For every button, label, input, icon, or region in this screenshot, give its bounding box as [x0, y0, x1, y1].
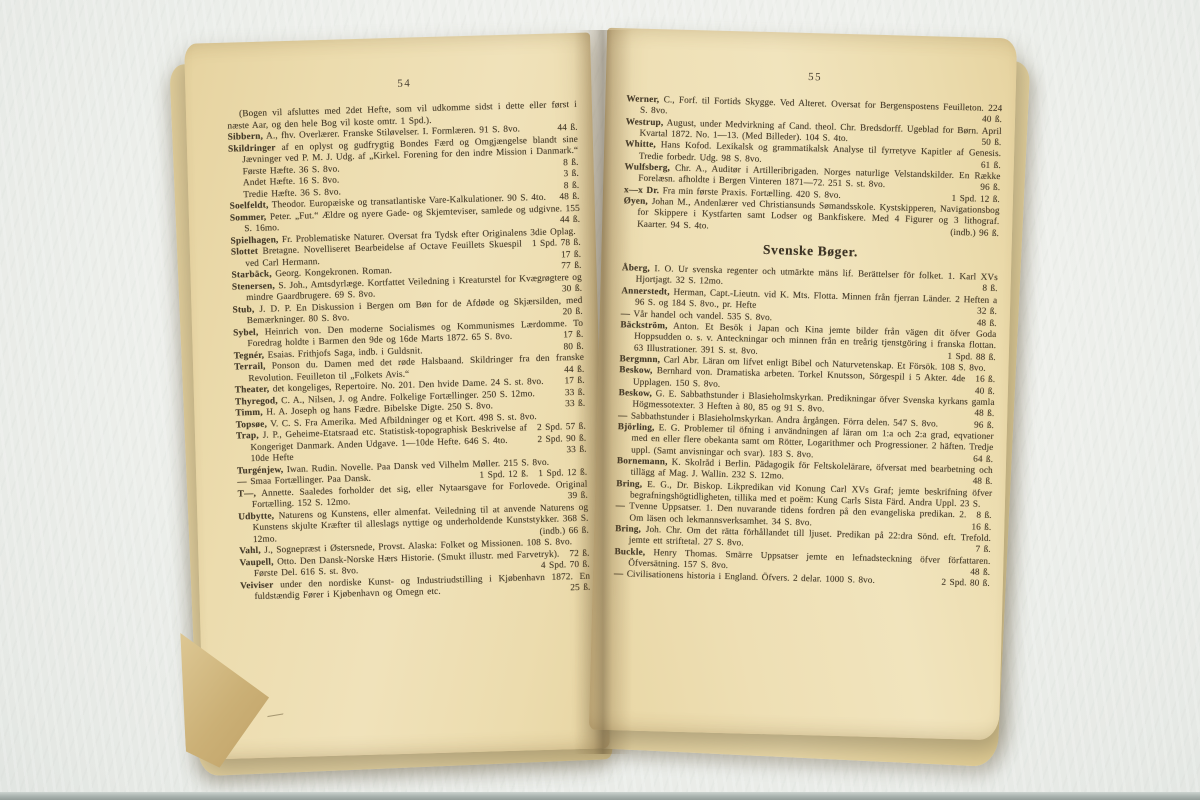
entry-lead-word: Sibbern, [228, 132, 264, 143]
entry-lead-word: Øyen, [624, 195, 648, 206]
entry-lead-word: Sommer, [230, 212, 267, 223]
entry-price: 44 ß. [557, 123, 577, 135]
entry-lead-word: Annerstedt, [621, 285, 670, 296]
entry-price: 72 ß. [569, 548, 589, 560]
entry-lead-word: Spielhagen, [230, 235, 278, 246]
entry-lead-word: Theater, [235, 385, 270, 396]
entry-price: 48 ß. [977, 317, 997, 329]
entry-lead-word: — [614, 569, 624, 579]
entry-price: 61 ß. [981, 159, 1001, 171]
entry-price: 17 ß. [561, 249, 581, 261]
entry-lead-word: Soelfeldt, [230, 201, 269, 212]
entry-price: 30 ß. [562, 284, 582, 296]
page-number-55: 55 [627, 66, 1003, 88]
entry-price: 50 ß. [981, 137, 1001, 149]
entry-price: 25 ß. [570, 583, 590, 595]
page-55: 55 Werner, C., Forf. til Fortids Skygge.… [589, 28, 1017, 740]
entry-price: 16 ß. [975, 374, 995, 386]
entry-lead-word: — [237, 477, 247, 487]
entry-lead-word: Beskow, [619, 364, 653, 375]
entry-lead-word: Thyregod, [235, 396, 278, 407]
entry-price: (indb.) 66 ß. [539, 525, 589, 538]
entry-lead-word: — [616, 500, 626, 510]
entry-lead-word: Whitte, [625, 139, 656, 150]
entry-lead-word: Åberg, [622, 262, 650, 273]
entry-price: 8 ß. [564, 180, 580, 192]
entry-lead-word: Tegnér, [234, 350, 265, 361]
entry-price: 96 ß. [980, 182, 1000, 194]
entry-lead-word: Terrail, [234, 362, 266, 373]
entry-price: 48 ß. [559, 192, 579, 204]
entry-lead-word: Wulfsberg, [625, 161, 671, 172]
entry-price: 33 ß. [565, 399, 585, 411]
entry-price: 32 ß. [977, 306, 997, 318]
entry-price: 20 ß. [562, 307, 582, 319]
entry-price: 44 ß. [560, 215, 580, 227]
catalog-column-right: Werner, C., Forf. til Fortids Skygge. Ve… [614, 93, 1003, 589]
entry-lead-word: Bäckström, [620, 319, 667, 330]
entry-price: 8 ß. [982, 283, 997, 295]
entry-lead-word: Udbytte, [238, 511, 274, 522]
entry-price: 64 ß. [973, 453, 993, 465]
entry-price: 40 ß. [982, 114, 1002, 126]
entry-lead-word: Westrup, [626, 116, 664, 127]
entry-price: (indb.) 96 ß. [950, 227, 999, 240]
backdrop-edge-line [0, 792, 1200, 800]
entry-price: 33 ß. [566, 445, 586, 457]
entry-price: 8 ß. [563, 157, 579, 169]
entry-price: 39 ß. [568, 491, 588, 503]
catalog-column-left: (Bogen vil afsluttes med 2det Hefte, som… [227, 100, 591, 604]
entry-price: 1 Spd. 12 ß. [538, 468, 587, 481]
entry-price: 48 ß. [974, 408, 994, 420]
entry-lead-word: Topsøe, [236, 419, 268, 430]
entry-lead-word: Timm, [235, 408, 263, 419]
entry-lead-word: Werner, [626, 93, 659, 104]
entry-price: 48 ß. [972, 476, 992, 488]
entry-price: 17 ß. [563, 330, 583, 342]
entry-price: 40 ß. [975, 385, 995, 397]
entry-price: 48 ß. [970, 567, 990, 579]
entry-price: 7 ß. [975, 544, 990, 556]
entry-price: 80 ß. [563, 341, 583, 353]
entry-price: 4 Spd. 70 ß. [541, 560, 590, 573]
entry-lead-word: Bergmnn, [619, 353, 660, 364]
entry-lead-word: Björling, [618, 421, 655, 432]
entry-price: 3 ß. [563, 169, 579, 181]
entry-lead-word: Buckle, [614, 546, 645, 557]
entry-lead-word: Vaupell, [239, 557, 273, 568]
entry-lead-word: Skildringer [228, 143, 276, 154]
entry-price: 77 ß. [561, 261, 581, 273]
page-54: 54 (Bogen vil afsluttes med 2det Hefte, … [184, 32, 610, 759]
entry-lead-word: — [618, 410, 628, 420]
entry-price: 44 ß. [564, 364, 584, 376]
entry-price: 96 ß. [974, 419, 994, 431]
entry-lead-word: Bornemann, [617, 455, 668, 466]
entry-lead-word: T—, [238, 488, 257, 499]
entry-lead-word: Veiviser [240, 580, 274, 591]
entry-price: 2 Spd. 80 ß. [941, 577, 990, 590]
entry-lead-word: x—x Dr. [624, 184, 659, 195]
page-number-54: 54 [226, 73, 576, 95]
entry-lead-word: Beskow, [619, 387, 653, 398]
entry-lead-word: Trap, [236, 431, 259, 442]
entry-lead-word: Slottet [231, 247, 258, 258]
entry-price: 17 ß. [564, 376, 584, 388]
entry-lead-word: — [621, 308, 631, 318]
entry-lead-word: Sybel, [233, 327, 259, 338]
entry-lead-word: Turgénjew, [237, 465, 284, 476]
open-book: 54 (Bogen vil afsluttes med 2det Hefte, … [168, 8, 1030, 776]
entry-price: 1 Spd. 12 ß. [479, 469, 528, 482]
entry-price: 16 ß. [971, 521, 991, 533]
entry-price: 8 ß. [976, 510, 991, 522]
entry-lead-word: Bring, [616, 478, 642, 489]
entry-lead-word: Vahl, [239, 546, 261, 557]
entry-lead-word: Stenersen, [232, 281, 275, 292]
entry-lead-word: Bring, [615, 523, 641, 534]
section-heading: Svenske Bøger. [622, 238, 998, 264]
entry-lead-word: Starbäck, [231, 269, 272, 280]
entry-price: 33 ß. [565, 387, 585, 399]
entry-lead-word: Stub, [232, 304, 254, 315]
photo-background: 54 (Bogen vil afsluttes med 2det Hefte, … [0, 0, 1200, 800]
